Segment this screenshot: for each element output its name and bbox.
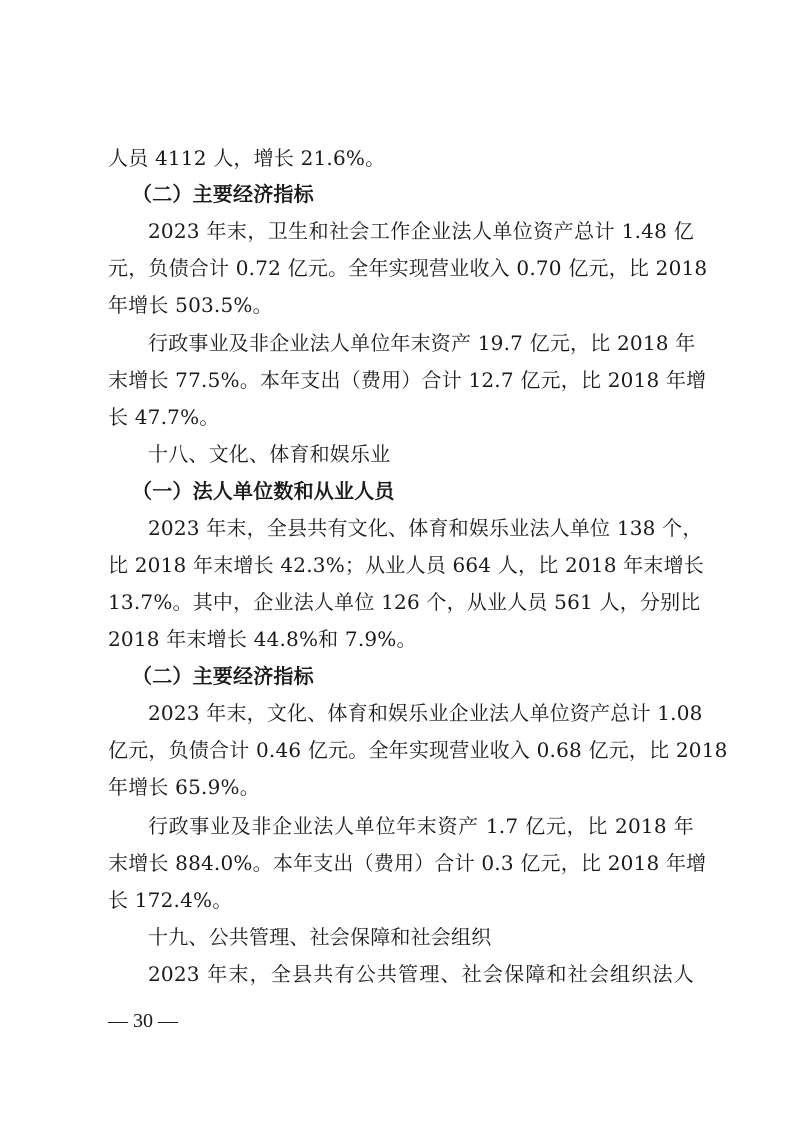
paragraph-line: 比 2018 年末增长 42.3%；从业人员 664 人，比 2018 年末增长 <box>108 551 694 579</box>
paragraph-line: 年增长 65.9%。 <box>108 773 694 801</box>
paragraph-line: 年增长 503.5%。 <box>108 291 694 319</box>
paragraph-line: 2023 年末，全县共有文化、体育和娱乐业法人单位 138 个， <box>148 514 694 542</box>
section-heading-public-administration: 十九、公共管理、社会保障和社会组织 <box>148 923 734 951</box>
document-page: 人员 4112 人，增长 21.6%。 （二）主要经济指标 2023 年末，卫生… <box>0 0 793 1122</box>
paragraph-line: 2023 年末，文化、体育和娱乐业企业法人单位资产总计 1.08 <box>148 699 694 727</box>
paragraph-line: 13.7%。其中，企业法人单位 126 个，从业人员 561 人，分别比 <box>108 588 694 616</box>
section-heading-culture-sports: 十八、文化、体育和娱乐业 <box>148 440 734 468</box>
subheading-main-economic-indicators: （二）主要经济指标 <box>132 180 692 208</box>
subheading-legal-units-employees: （一）法人单位数和从业人员 <box>132 477 692 505</box>
paragraph-line: 末增长 77.5%。本年支出（费用）合计 12.7 亿元，比 2018 年增 <box>108 366 694 394</box>
subheading-main-economic-indicators-2: （二）主要经济指标 <box>132 662 692 690</box>
paragraph-line: 2018 年末增长 44.8%和 7.9%。 <box>108 625 694 653</box>
paragraph-line: 长 172.4%。 <box>108 886 694 914</box>
paragraph-line: 2023 年末，卫生和社会工作企业法人单位资产总计 1.48 亿 <box>148 217 694 245</box>
paragraph-line: 行政事业及非企业法人单位年末资产 1.7 亿元，比 2018 年 <box>148 812 694 840</box>
paragraph-line: 人员 4112 人，增长 21.6%。 <box>108 144 694 172</box>
paragraph-line: 末增长 884.0%。本年支出（费用）合计 0.3 亿元，比 2018 年增 <box>108 849 694 877</box>
paragraph-line: 2023 年末，全县共有公共管理、社会保障和社会组织法人 <box>148 960 694 988</box>
paragraph-line: 亿元，负债合计 0.46 亿元。全年实现营业收入 0.68 亿元，比 2018 <box>108 736 694 764</box>
paragraph-line: 元，负债合计 0.72 亿元。全年实现营业收入 0.70 亿元，比 2018 <box>108 254 694 282</box>
page-number: — 30 — <box>108 1010 178 1033</box>
paragraph-line: 长 47.7%。 <box>108 403 694 431</box>
paragraph-line: 行政事业及非企业法人单位年末资产 19.7 亿元，比 2018 年 <box>148 329 694 357</box>
